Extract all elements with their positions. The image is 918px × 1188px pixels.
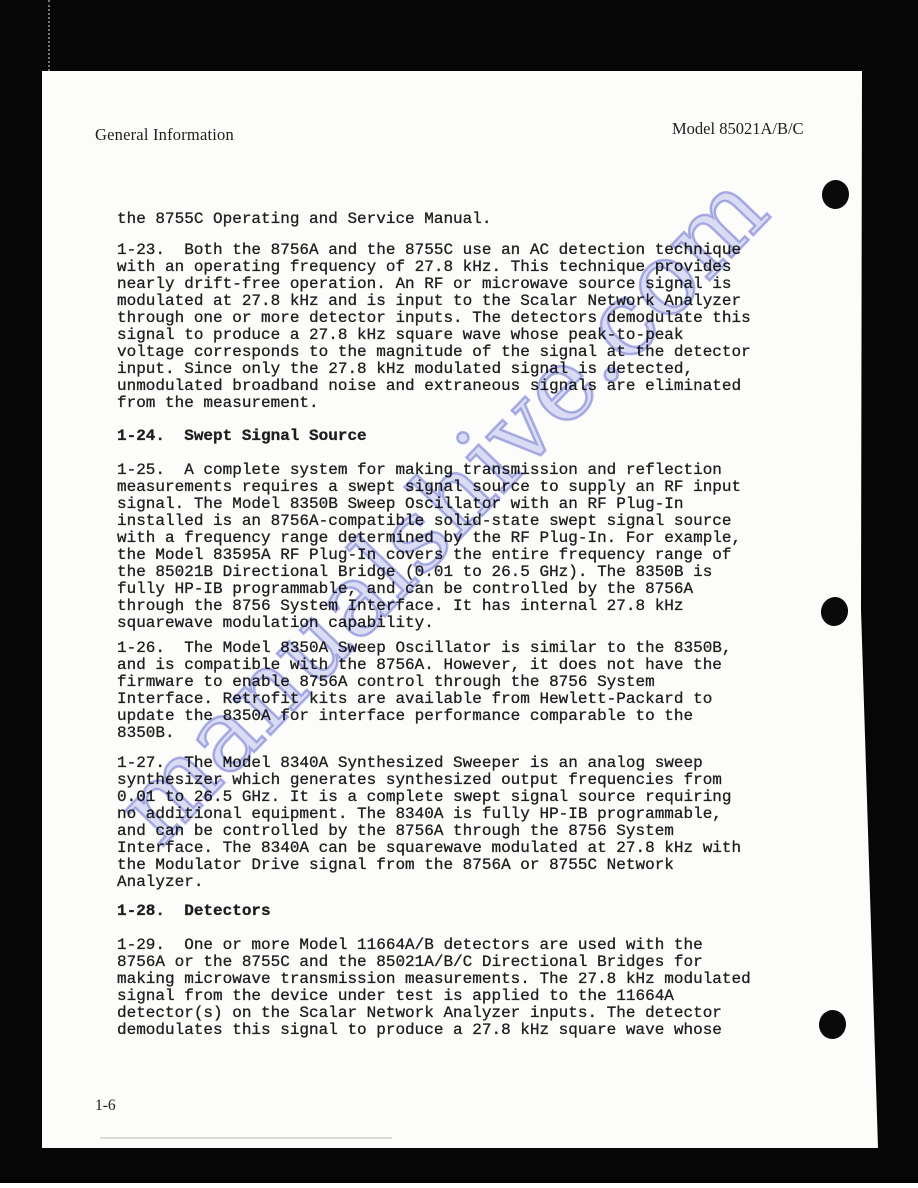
paragraph-1-23: 1-23. Both the 8756A and the 8755C use a… [117,242,817,412]
registration-dot-icon [820,178,851,210]
page-edge-fold-line [48,0,50,71]
scan-artifact-line [100,1137,392,1139]
registration-dot-icon [818,594,851,629]
page: General Information Model 85021A/B/C the… [42,71,878,1148]
intro-line: the 8755C Operating and Service Manual. [117,211,817,228]
registration-dot-icon [818,1009,848,1041]
scanned-manual-page: General Information Model 85021A/B/C the… [0,0,918,1188]
running-header-right: Model 85021A/B/C [672,119,804,139]
paragraph-1-25: 1-25. A complete system for making trans… [117,462,817,632]
body-text-column: the 8755C Operating and Service Manual. … [117,211,817,1039]
paragraph-1-29: 1-29. One or more Model 11664A/B detecto… [117,937,817,1039]
page-number: 1-6 [95,1097,116,1115]
paragraph-1-26: 1-26. The Model 8350A Sweep Oscillator i… [117,640,817,742]
paragraph-1-27: 1-27. The Model 8340A Synthesized Sweepe… [117,755,817,891]
section-heading-1-24: 1-24. Swept Signal Source [117,428,817,445]
section-heading-1-28: 1-28. Detectors [117,903,817,920]
running-header-left: General Information [95,125,234,145]
